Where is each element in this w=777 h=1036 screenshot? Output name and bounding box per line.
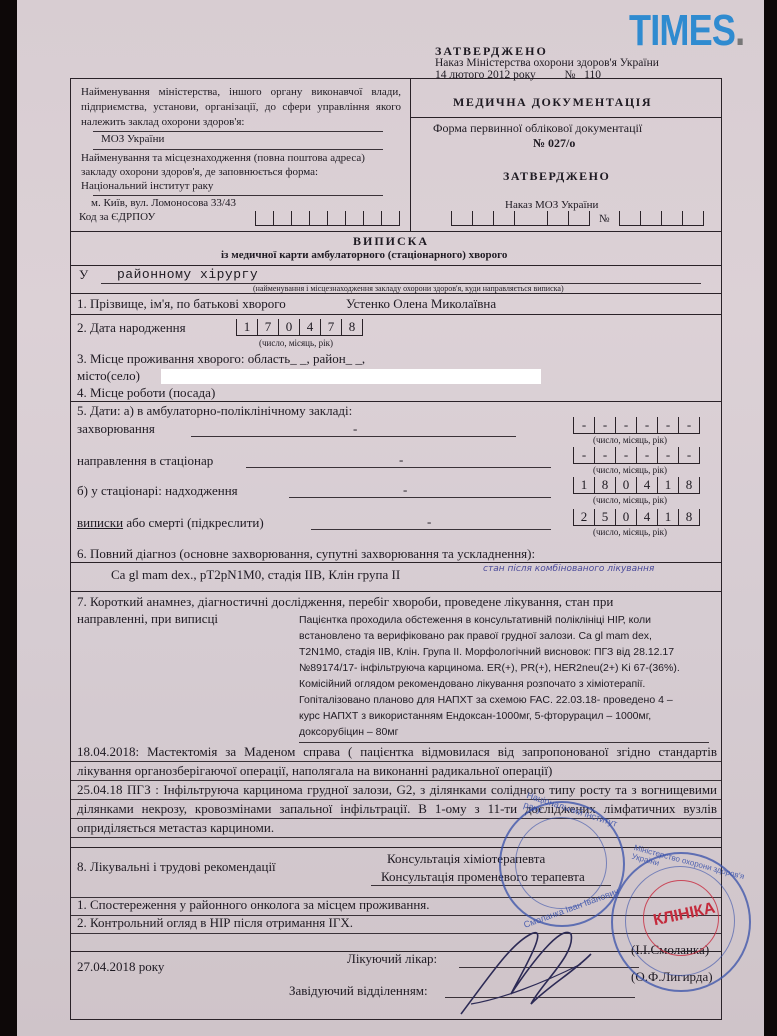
discharge-date: 27.04.2018 року [77,959,164,975]
date-digit: 8 [678,509,700,526]
discharge-date-cells: 250418 [573,509,700,526]
f7-label: 7. Короткий анамнез, діагностичні дослід… [77,594,613,610]
f2-label: 2. Дата народження [77,320,186,336]
f6-label: 6. Повний діагноз (основне захворювання,… [77,546,535,562]
admission-date-cells: 180418 [573,477,700,494]
date-digit: 4 [636,477,657,494]
form-number: № 027/о [533,136,575,151]
admission-dash: - [403,482,407,498]
medical-docs-title: МЕДИЧНА ДОКУМЕНТАЦІЯ [453,95,652,110]
f5-referral-label: направлення в стаціонар [77,453,213,469]
doctor-label: Лікуючий лікар: [347,951,437,967]
order-number-label: № [599,213,610,225]
date-digit: 0 [615,509,636,526]
to-hint: (найменування і місцезнаходження закладу… [253,284,564,293]
date-digit: - [657,447,678,464]
date-digit: 2 [573,509,594,526]
f5-illness-label: захворювання [77,421,155,437]
date-digit: 7 [320,319,341,336]
date-digit: - [573,447,594,464]
date-digit: - [615,447,636,464]
edrpou-label: Код за ЄДРПОУ [79,211,155,223]
f8-label: 8. Лікувальні і трудові рекомендації [77,859,276,875]
date-digit: - [678,417,700,434]
ministry-value: МОЗ України [101,133,164,145]
date-digit: 1 [236,319,257,336]
date-digit: - [594,417,615,434]
date-hint: (число, місяць, рік) [259,338,333,348]
date-digit: 5 [594,509,615,526]
diagnosis-value: Ca gl mam dex., pT2pN1M0, стадія IIB, Кл… [111,567,400,583]
handwritten-diagnosis-note: стан після комбінованого лікування [483,563,703,575]
recommendation-2: 2. Контрольний огляд в НІР після отриман… [77,915,353,931]
institute-stamp: Національний інститут раку Смоланка Іван… [499,801,625,927]
f4-label: 4. Місце роботи (посада) [77,385,215,401]
order-date-cells [451,211,590,226]
to-label: У [79,267,88,283]
f7-label-cont: направленні, при виписці [77,611,218,627]
date-digit: 7 [257,319,278,336]
edrpou-cells [255,211,400,226]
f1-label: 1. Прізвище, ім'я, по батькові хворого [77,296,286,312]
approval-header: ЗАТВЕРДЖЕНО Наказ Міністерства охорони з… [435,45,659,81]
illness-date-cells: ------ [573,417,700,434]
birth-date-cells: 170478 [236,319,363,336]
f5-label: 5. Дати: а) в амбулаторно-поліклінічному… [77,403,352,419]
date-hint: (число, місяць, рік) [593,465,667,475]
recommendation-1: 1. Спостереження у районного онколога за… [77,897,430,913]
redacted-address [161,369,541,384]
to-value: районному хірургу [117,267,258,282]
document-subtitle: із медичної карти амбулаторного (стаціон… [221,249,507,261]
date-digit: - [615,417,636,434]
document-title: ВИПИСКА [353,234,429,249]
approved-label: ЗАТВЕРДЖЕНО [503,169,610,184]
date-digit: 4 [299,319,320,336]
patient-name: Устенко Олена Миколаївна [346,296,496,312]
doctor-signature [451,914,601,1024]
referral-date-cells: ------ [573,447,700,464]
head-label: Завідуючий відділенням: [289,983,428,999]
date-digit: 4 [636,509,657,526]
date-digit: 1 [573,477,594,494]
date-digit: - [678,447,700,464]
approval-title: ЗАТВЕРДЖЕНО [435,45,659,57]
date-digit: - [657,417,678,434]
f3-label: 3. Місце проживання хворого: область_ _,… [77,351,365,367]
approval-order: Наказ Міністерства охорони здоров'я Укра… [435,57,659,69]
date-digit: 1 [657,509,678,526]
referral-dash: - [399,452,403,468]
f5-discharge-label: виписки або смерті (підкреслити) [77,515,264,531]
form-box: Найменування міністерства, іншого органу… [70,78,722,1020]
order-number-cells [619,211,704,226]
date-digit: 8 [678,477,700,494]
institution-label: Найменування та місцезнаходження (повна … [81,151,371,193]
date-hint: (число, місяць, рік) [593,435,667,445]
ministry-label: Найменування міністерства, іншого органу… [81,85,401,130]
date-digit: - [636,447,657,464]
date-digit: 0 [278,319,299,336]
date-digit: 8 [594,477,615,494]
date-digit: - [594,447,615,464]
discharge-dash: - [427,514,431,530]
form-label: Форма первинної облікової документації [433,121,642,136]
date-hint: (число, місяць, рік) [593,527,667,537]
date-digit: 8 [341,319,363,336]
date-digit: - [636,417,657,434]
date-digit: 1 [657,477,678,494]
address-value: м. Київ, вул. Ломоносова 33/43 [91,197,236,209]
f5-admission-label: б) у стаціонарі: надходження [77,483,238,499]
date-digit: - [573,417,594,434]
date-digit: 0 [615,477,636,494]
f3-city-label: місто(село) [77,368,140,384]
anamnesis-text: Пацієнтка проходила обстеження в консуль… [299,612,689,740]
order-label: Наказ МОЗ України [505,199,598,211]
illness-dash: - [353,421,357,437]
ministry-stamp: Міністерство охорони здоров'я України КЛ… [611,852,751,992]
date-hint: (число, місяць, рік) [593,495,667,505]
